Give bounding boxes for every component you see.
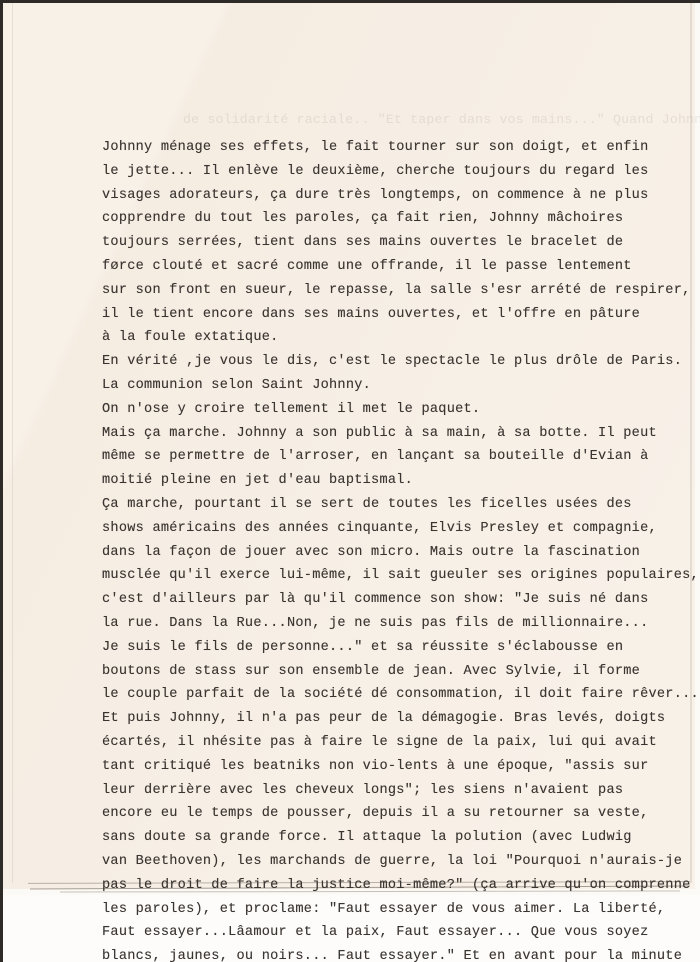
text-line: tant critiqué les beatniks non vio-lents… [102, 755, 700, 779]
text-line: La communion selon Saint Johnny. [102, 374, 700, 398]
text-line: dans la façon de jouer avec son micro. M… [102, 541, 700, 565]
text-line: écartés, il nhésite pas à faire le signe… [102, 731, 700, 755]
bleed-through-text: de solidarité raciale.. "Et taper dans v… [183, 112, 700, 127]
text-line: sur son front en sueur, le repasse, la s… [102, 279, 700, 303]
scanned-page-background: de solidarité raciale.. "Et taper dans v… [0, 0, 700, 962]
text-line: copprendre du tout les paroles, ça fait … [102, 207, 700, 231]
text-line: c'est d'ailleurs par là qu'il commence s… [102, 588, 700, 612]
text-line: førce clouté et sacré comme une offrande… [102, 255, 700, 279]
text-line: Je suis le fils de personne..." et sa ré… [102, 636, 700, 660]
scan-border-left [0, 0, 3, 962]
text-line: On n'ose y croire tellement il met le pa… [102, 398, 700, 422]
text-line: Mais ça marche. Johnny a son public à sa… [102, 422, 700, 446]
text-line: Johnny ménage ses effets, le fait tourne… [102, 136, 700, 160]
text-line: shows américains des années cinquante, E… [102, 517, 700, 541]
text-line: boutons de stass sur son ensemble de jea… [102, 660, 700, 684]
text-line: pas le droit de faire la justice moi-mêm… [102, 874, 700, 898]
text-line: les paroles), et proclame: "Faut essayer… [102, 898, 700, 922]
text-line: Ça marche, pourtant il se sert de toutes… [102, 493, 700, 517]
text-line: musclée qu'il exerce lui-même, il sait g… [102, 564, 700, 588]
text-line: sans doute sa grande force. Il attaque l… [102, 826, 700, 850]
typewritten-body: Johnny ménage ses effets, le fait tourne… [102, 136, 700, 962]
text-line: visages adorateurs, ça dure très longtem… [102, 184, 700, 208]
text-line: la rue. Dans la Rue...Non, je ne suis pa… [102, 612, 700, 636]
text-line: il le tient encore dans ses mains ouvert… [102, 303, 700, 327]
scan-border-top [0, 0, 700, 3]
text-line: encore eu le temps de pousser, depuis il… [102, 802, 700, 826]
text-line: van Beethoven), les marchands de guerre,… [102, 850, 700, 874]
text-line: même se permettre de l'arroser, en lança… [102, 445, 700, 469]
text-line: toujours serrées, tient dans ses mains o… [102, 231, 700, 255]
text-line: à la foule extatique. [102, 326, 700, 350]
text-line: le couple parfait de la société dé conso… [102, 683, 700, 707]
text-line: En vérité ,je vous le dis, c'est le spec… [102, 350, 700, 374]
text-line: blancs, jaunes, ou noirs... Faut essayer… [102, 945, 700, 962]
text-line: moitié pleine en jet d'eau baptismal. [102, 469, 700, 493]
text-line: Faut essayer...Lâamour et la paix, Faut … [102, 921, 700, 945]
text-line: le jette... Il enlève le deuxième, cherc… [102, 160, 700, 184]
paper-fold-line [12, 3, 13, 883]
text-line: Et puis Johnny, il n'a pas peur de la dé… [102, 707, 700, 731]
text-line: leur derrière avec les cheveux longs"; l… [102, 779, 700, 803]
